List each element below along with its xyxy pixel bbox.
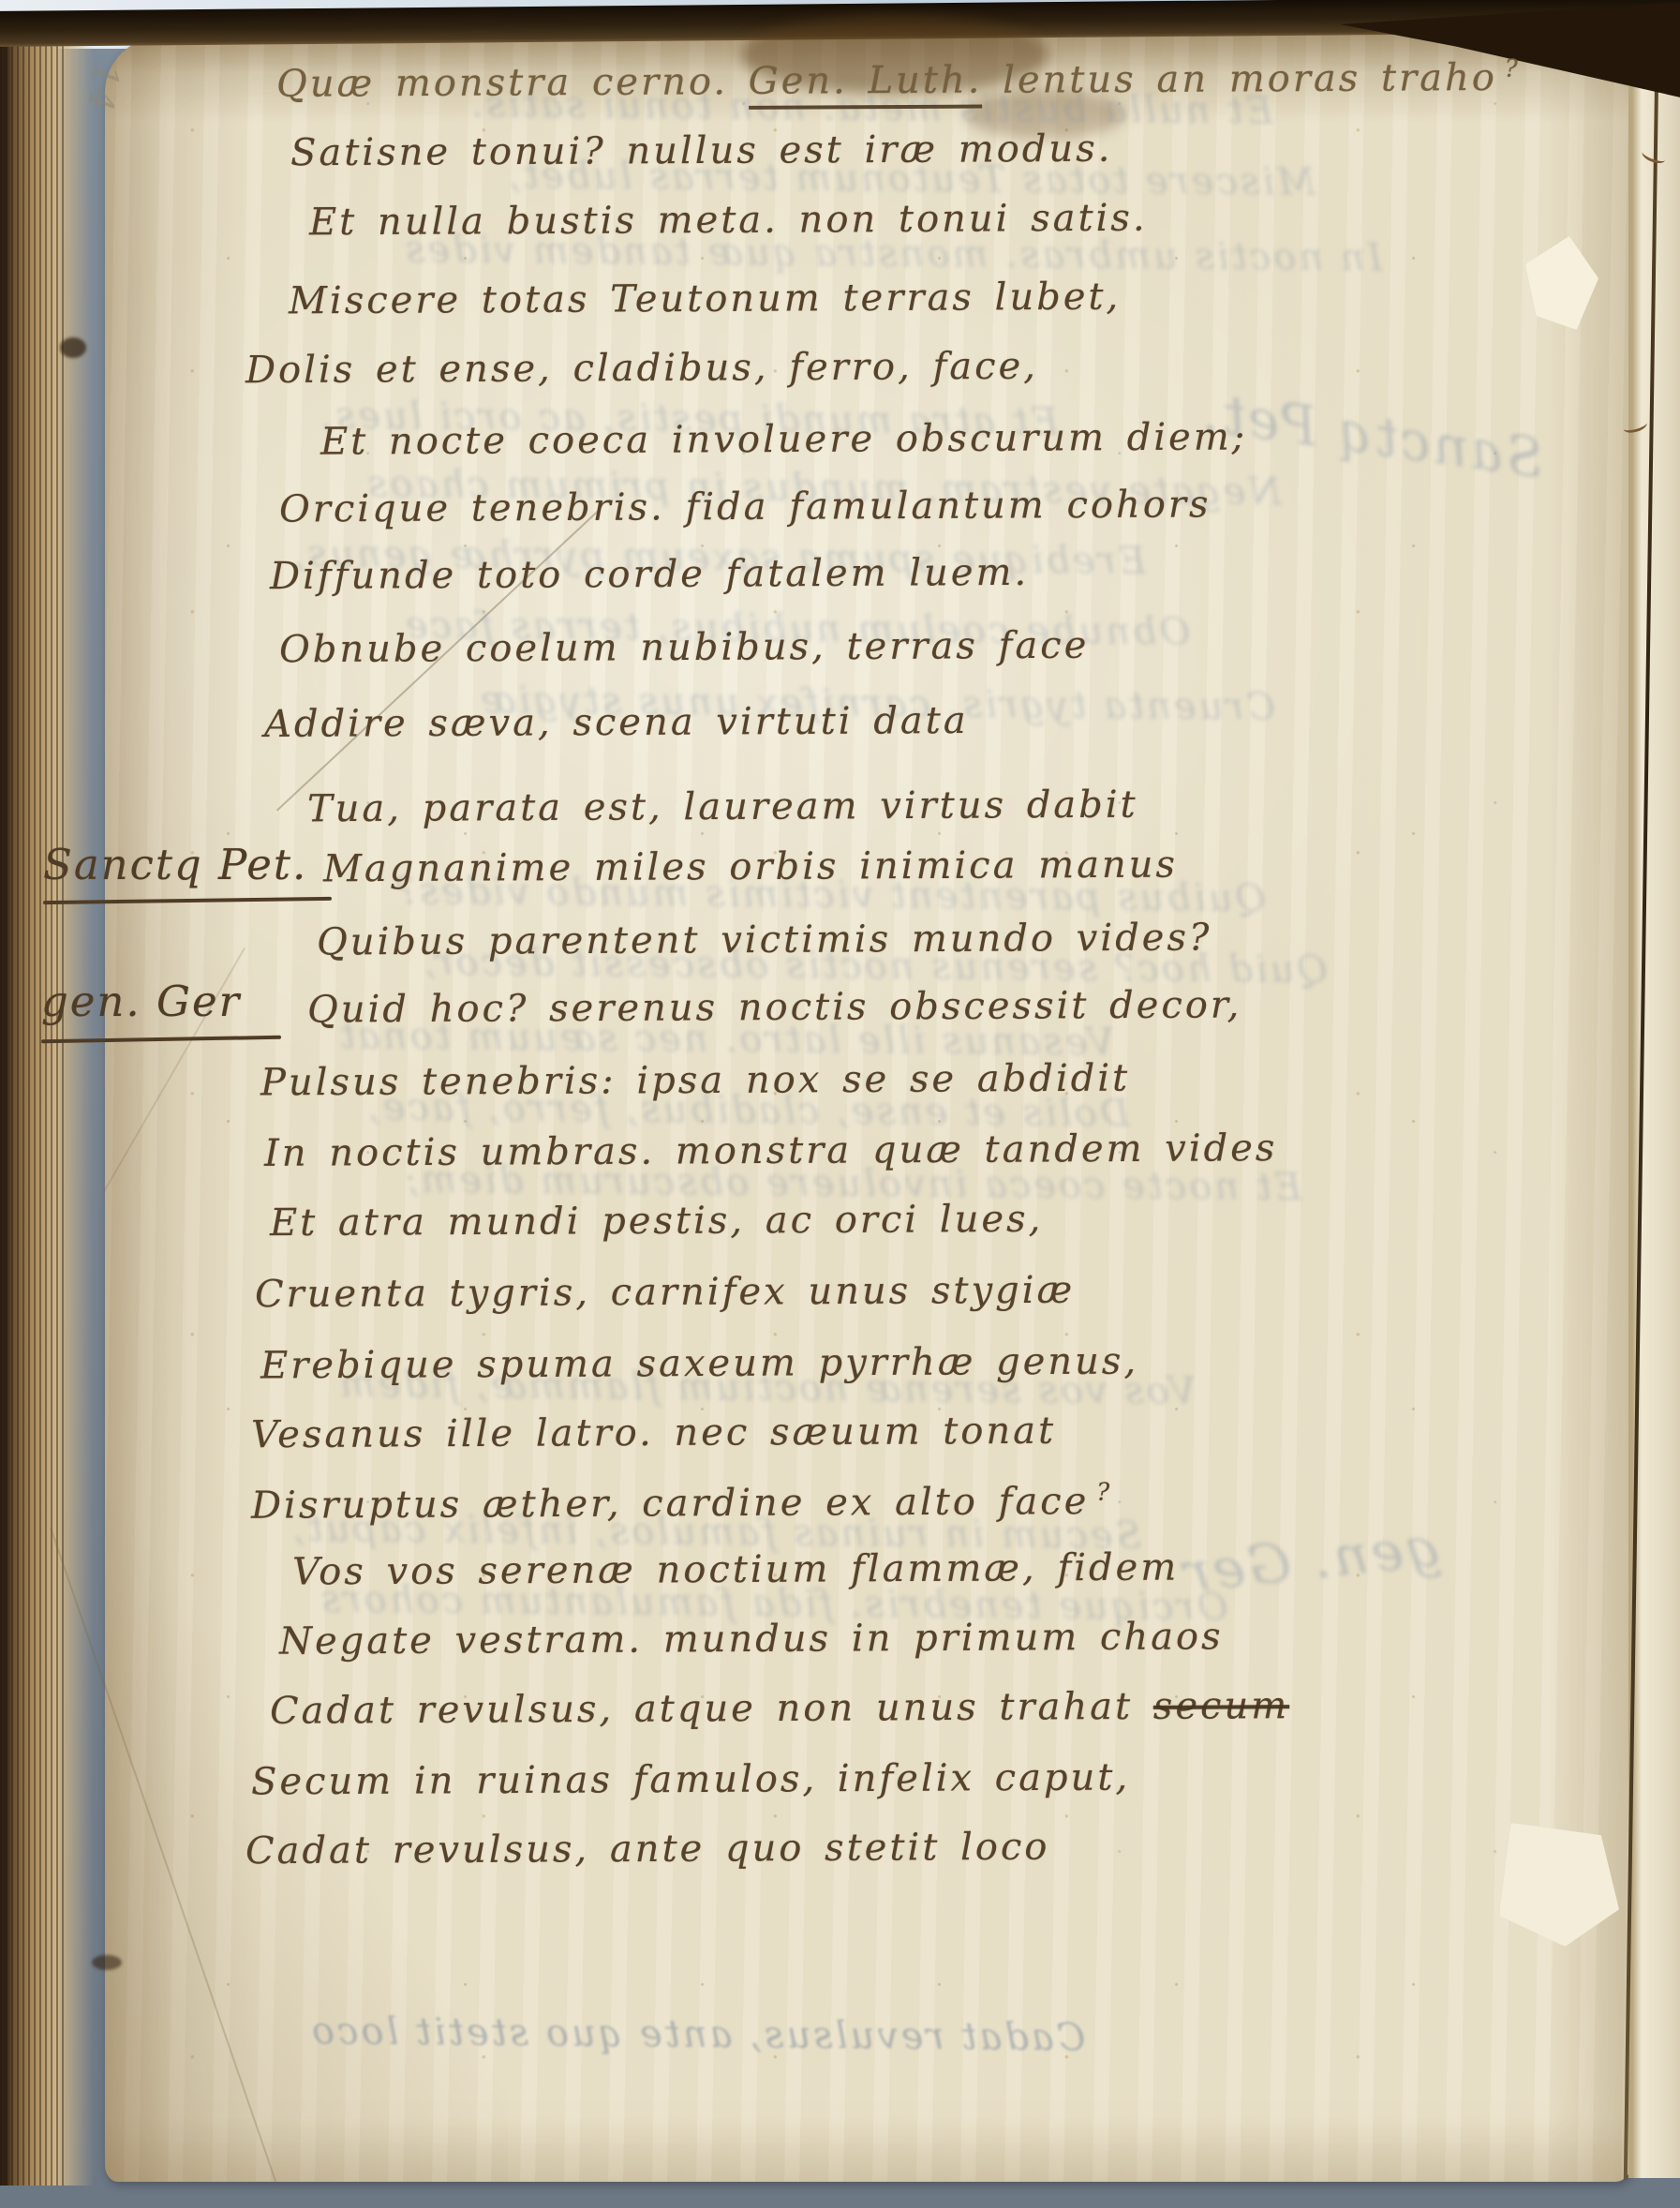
struck-word: secum (1153, 1684, 1290, 1728)
binding-ribs (0, 36, 67, 2186)
manuscript-line: Diffunde toto corde fatalem luem. (270, 551, 1029, 598)
margin-note-label: gen. Ger (41, 977, 241, 1026)
page-edge-strip (1628, 86, 1680, 2178)
manuscript-line: Satisne tonui? nullus est iræ modus. (290, 127, 1113, 175)
manuscript-line: Vesanus ille latro. nec sæuum tonat (251, 1410, 1056, 1456)
manuscript-line: Magnanime miles orbis inimica manus (323, 843, 1178, 891)
margin-note-speaker: Sanctq Pet. (43, 840, 332, 903)
underlined-citation: Gen. Luth. (749, 59, 983, 110)
manuscript-line: Orcique tenebris. fida famulantum cohors (279, 483, 1212, 530)
ghost-line: Cadat revulsus, ante quo stetit loco (309, 2009, 1086, 2059)
manuscript-line: Tua, parata est, lauream virtus dabit (307, 783, 1138, 831)
manuscript-line: Quibus parentent victimis mundo vides? (317, 916, 1212, 963)
manuscript-line: Et nulla bustis meta. non tonui satis. (309, 197, 1148, 245)
ink-spot (60, 337, 86, 358)
manuscript-scan: Et nulla bustis meta. non tonui satis. M… (0, 0, 1680, 2208)
manuscript-line: Negate vestram. mundus in primum chaos (279, 1615, 1224, 1663)
manuscript-line: Quæ monstra cerno. Gen. Luth. lentus an … (276, 55, 1521, 106)
line-text: Cadat revulsus, atque non unus trahat (270, 1685, 1153, 1733)
manuscript-line: Cadat revulsus, ante quo stetit loco (245, 1826, 1050, 1872)
manuscript-line: Cadat revulsus, atque non unus trahat se… (270, 1684, 1289, 1733)
line-text: lentus an moras traho (982, 56, 1497, 102)
line-text: Disruptus æther, cardine ex alto face (251, 1480, 1090, 1528)
manuscript-line: Secum in ruinas famulos, infelix caput, (251, 1756, 1130, 1804)
raised-question-mark: ? (1096, 1479, 1112, 1507)
manuscript-line: In noctis umbras. monstra quæ tandem vid… (264, 1126, 1278, 1175)
manuscript-line: Pulsus tenebris: ipsa nox se se abdidit (260, 1057, 1130, 1105)
manuscript-line: Miscere totas Teutonum terras lubet, (289, 276, 1121, 323)
manuscript-line: Et nocte coeca involuere obscurum diem; (320, 415, 1247, 463)
manuscript-line: Dolis et ense, cladibus, ferro, face, (245, 345, 1038, 392)
manuscript-line: Cruenta tygris, carnifex unus stygiæ (255, 1269, 1075, 1317)
manuscript-line: Obnube coelum nubibus, terras face (279, 624, 1090, 672)
manuscript-line: Et atra mundi pestis, ac orci lues, (270, 1198, 1044, 1245)
margin-note-label: Sanctq Pet. (43, 840, 307, 889)
binding-gutter (0, 36, 94, 2186)
manuscript-line: Vos vos serenæ noctium flammæ, fidem (292, 1546, 1179, 1594)
manuscript-line: Disruptus æther, cardine ex alto face? (251, 1479, 1113, 1528)
manuscript-line: Quid hoc? serenus noctis obscessit decor… (307, 983, 1242, 1031)
manuscript-line: Addire sæva, scena virtuti data (264, 699, 969, 746)
page-number: 14 (79, 60, 127, 115)
line-text: Quæ monstra cerno. (276, 60, 749, 106)
raised-question-mark: ? (1505, 55, 1521, 83)
margin-note-speaker: gen. Ger (41, 977, 281, 1041)
manuscript-line: Erebique spuma saxeum pyrrhæ genus, (260, 1340, 1138, 1388)
